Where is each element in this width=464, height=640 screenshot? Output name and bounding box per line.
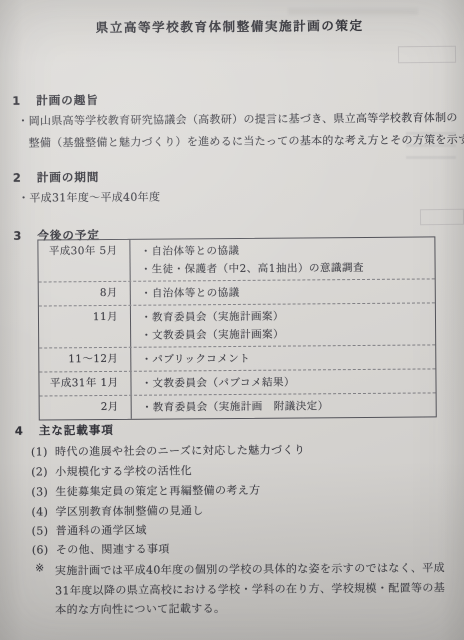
table-row: 2月 ・教育委員会（実施計画 附議決定） [40, 393, 436, 419]
item-text: 小規模化する学校の活性化 [55, 464, 192, 478]
schedule-item: ・文教委員会（実施計画案） [141, 324, 431, 344]
schedule-table: 平成30年 5月 ・自治体等との協議 ・生徒・保護者（中2、高1抽出）の意識調査… [37, 236, 436, 420]
table-row: 11～12月 ・パブリックコメント [39, 345, 435, 372]
note-text: 実施計画では平成40年度の個別の学校の具体的な姿を示すのではなく、平成31年度以… [55, 558, 445, 620]
page-title: 県立高等学校教育体制整備実施計画の策定 [0, 15, 462, 37]
schedule-items: ・パブリックコメント [131, 345, 435, 370]
document-photo: 県立高等学校教育体制整備実施計画の策定 1計画の趣旨 ・岡山県高等学校教育研究協… [0, 0, 464, 640]
section1-line2: 整備（基盤整備と魅力づくり）を進めるに当たっての基本的な考え方とその方策を示す。 [29, 131, 464, 151]
list-item: (5)普通科の通学区域 [32, 522, 147, 539]
section1-heading: 1計画の趣旨 [12, 92, 99, 109]
schedule-date: 平成31年 1月 [39, 372, 131, 396]
list-item: (6)その他、関連する事項 [32, 540, 170, 557]
item-text: 生徒募集定員の策定と再編整備の考え方 [55, 484, 260, 499]
list-item: (1)時代の進展や社会のニーズに対応した魅力づくり [31, 441, 305, 459]
schedule-item: ・生徒・保護者（中2、高1抽出）の意識調査 [141, 258, 431, 278]
item-text: 普通科の通学区域 [56, 524, 147, 538]
item-text: 学区別教育体制整備の見通し [55, 504, 203, 518]
item-text: 時代の進展や社会のニーズに対応した魅力づくり [55, 443, 305, 458]
item-number: (1) [31, 445, 55, 458]
table-row: 平成30年 5月 ・自治体等との協議 ・生徒・保護者（中2、高1抽出）の意識調査 [38, 237, 434, 282]
section2-number: 2 [13, 171, 37, 185]
note-marker: ※ [35, 561, 44, 574]
table-row: 8月 ・自治体等との協議 [39, 279, 435, 306]
schedule-date: 11月 [39, 306, 131, 348]
schedule-date: 平成30年 5月 [38, 240, 130, 282]
item-number: (6) [32, 543, 56, 556]
section3-number: 3 [13, 229, 37, 243]
schedule-items: ・自治体等との協議 ・生徒・保護者（中2、高1抽出）の意識調査 [130, 237, 434, 280]
section4-heading-label: 主な記載事項 [39, 423, 114, 438]
item-number: (5) [32, 524, 56, 537]
section4-heading: 4主な記載事項 [15, 422, 114, 439]
table-row: 11月 ・教育委員会（実施計画案） ・文教委員会（実施計画案） [39, 303, 435, 348]
section1-line1: ・岡山県高等学校教育研究協議会（高教研）の提言に基づき、県立高等学校教育体制の [17, 109, 457, 128]
schedule-date: 11～12月 [39, 348, 131, 372]
schedule-items: ・自治体等との協議 [131, 279, 435, 304]
section4-number: 4 [15, 424, 39, 438]
schedule-date: 8月 [39, 282, 131, 306]
schedule-item: ・パブリックコメント [141, 348, 431, 368]
section1-number: 1 [12, 94, 36, 108]
section2-heading-label: 計画の期間 [37, 170, 100, 184]
paper-page: 県立高等学校教育体制整備実施計画の策定 1計画の趣旨 ・岡山県高等学校教育研究協… [0, 0, 464, 640]
list-item: (3)生徒募集定員の策定と再編整備の考え方 [31, 482, 260, 500]
list-item: (4)学区別教育体制整備の見通し [31, 502, 203, 519]
list-item: (2)小規模化する学校の活性化 [31, 462, 192, 479]
schedule-items: ・教育委員会（実施計画 附議決定） [132, 393, 436, 418]
item-number: (2) [31, 465, 55, 478]
table-row: 平成31年 1月 ・文教委員会（パブコメ結果） [39, 369, 435, 396]
item-number: (3) [31, 485, 55, 498]
schedule-item: ・自治体等との協議 [141, 282, 431, 302]
section1-heading-label: 計画の趣旨 [36, 93, 99, 107]
section2-heading: 2計画の期間 [13, 169, 100, 186]
schedule-item: ・自治体等との協議 [140, 240, 430, 260]
schedule-item: ・文教委員会（パブコメ結果） [141, 372, 431, 392]
item-text: その他、関連する事項 [56, 542, 170, 556]
schedule-item: ・教育委員会（実施計画案） [141, 306, 431, 326]
item-number: (4) [31, 505, 55, 518]
schedule-items: ・文教委員会（パブコメ結果） [131, 369, 435, 394]
schedule-item: ・教育委員会（実施計画 附議決定） [142, 396, 432, 416]
schedule-items: ・教育委員会（実施計画案） ・文教委員会（実施計画案） [131, 303, 435, 346]
section2-line1: ・平成31年度～平成40年度 [18, 189, 160, 206]
schedule-date: 2月 [40, 396, 132, 420]
